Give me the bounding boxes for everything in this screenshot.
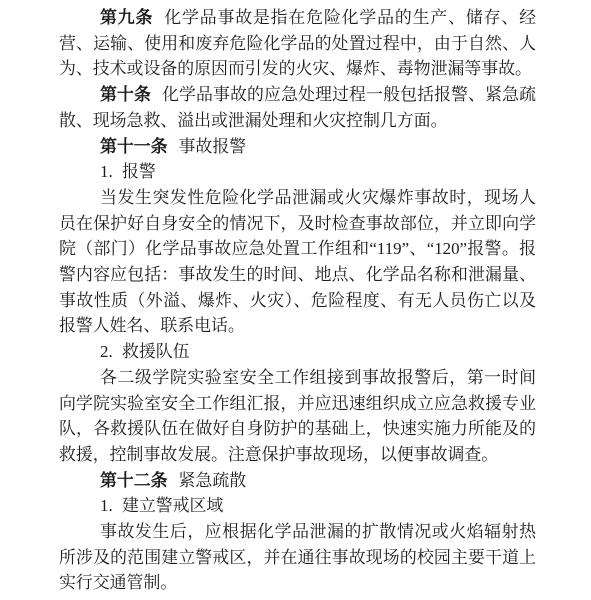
article-number: 第十条 xyxy=(100,85,151,104)
paragraph-text: 当发生突发性危险化学品泄漏或火灾爆炸事故时，现场人员在保护好自身安全的情况下，及… xyxy=(59,188,536,336)
article-number: 第九条 xyxy=(100,8,153,27)
article-paragraph: 第十条化学品事故的应急处理过程一般包括报警、紧急疏散、现场急救、溢出或泄漏处理和… xyxy=(59,82,536,133)
paragraph-text: 事故报警 xyxy=(179,137,247,156)
body-paragraph: 事故发生后，应根据化学品泄漏的扩散情况或火焰辐射热所涉及的范围建立警戒区，并在通… xyxy=(59,519,536,596)
article-number: 第十二条 xyxy=(100,471,168,490)
paragraph-text: 救援队伍 xyxy=(122,342,190,361)
body-paragraph: 当发生突发性危险化学品泄漏或火灾爆炸事故时，现场人员在保护好自身安全的情况下，及… xyxy=(59,185,536,339)
numbered-item: 1.报警 xyxy=(59,159,536,185)
body-paragraph: 各二级学院实验室安全工作组接到事故报警后，第一时间向学院实验室安全工作组汇报，并… xyxy=(59,365,536,468)
paragraph-text: 各二级学院实验室安全工作组接到事故报警后，第一时间向学院实验室安全工作组汇报，并… xyxy=(59,368,536,464)
article-heading: 第十二条紧急疏散 xyxy=(59,468,536,494)
document-page: 第九条化学品事故是指在危险化学品的生产、储存、经营、运输、使用和废弃危险化学品的… xyxy=(0,0,591,600)
paragraph-text: 建立警戒区域 xyxy=(122,496,223,515)
paragraph-text: 紧急疏散 xyxy=(179,471,247,490)
article-number: 第十一条 xyxy=(100,137,168,156)
item-number: 1. xyxy=(100,496,113,515)
paragraph-text: 报警 xyxy=(122,162,156,181)
item-number: 2. xyxy=(100,342,113,361)
article-heading: 第十一条事故报警 xyxy=(59,134,536,160)
article-paragraph: 第九条化学品事故是指在危险化学品的生产、储存、经营、运输、使用和废弃危险化学品的… xyxy=(59,5,536,82)
numbered-item: 1.建立警戒区域 xyxy=(59,493,536,519)
paragraph-text: 事故发生后，应根据化学品泄漏的扩散情况或火焰辐射热所涉及的范围建立警戒区，并在通… xyxy=(59,522,536,592)
document-text-block: 第九条化学品事故是指在危险化学品的生产、储存、经营、运输、使用和废弃危险化学品的… xyxy=(0,0,536,596)
numbered-item: 2.救援队伍 xyxy=(59,339,536,365)
item-number: 1. xyxy=(100,162,113,181)
